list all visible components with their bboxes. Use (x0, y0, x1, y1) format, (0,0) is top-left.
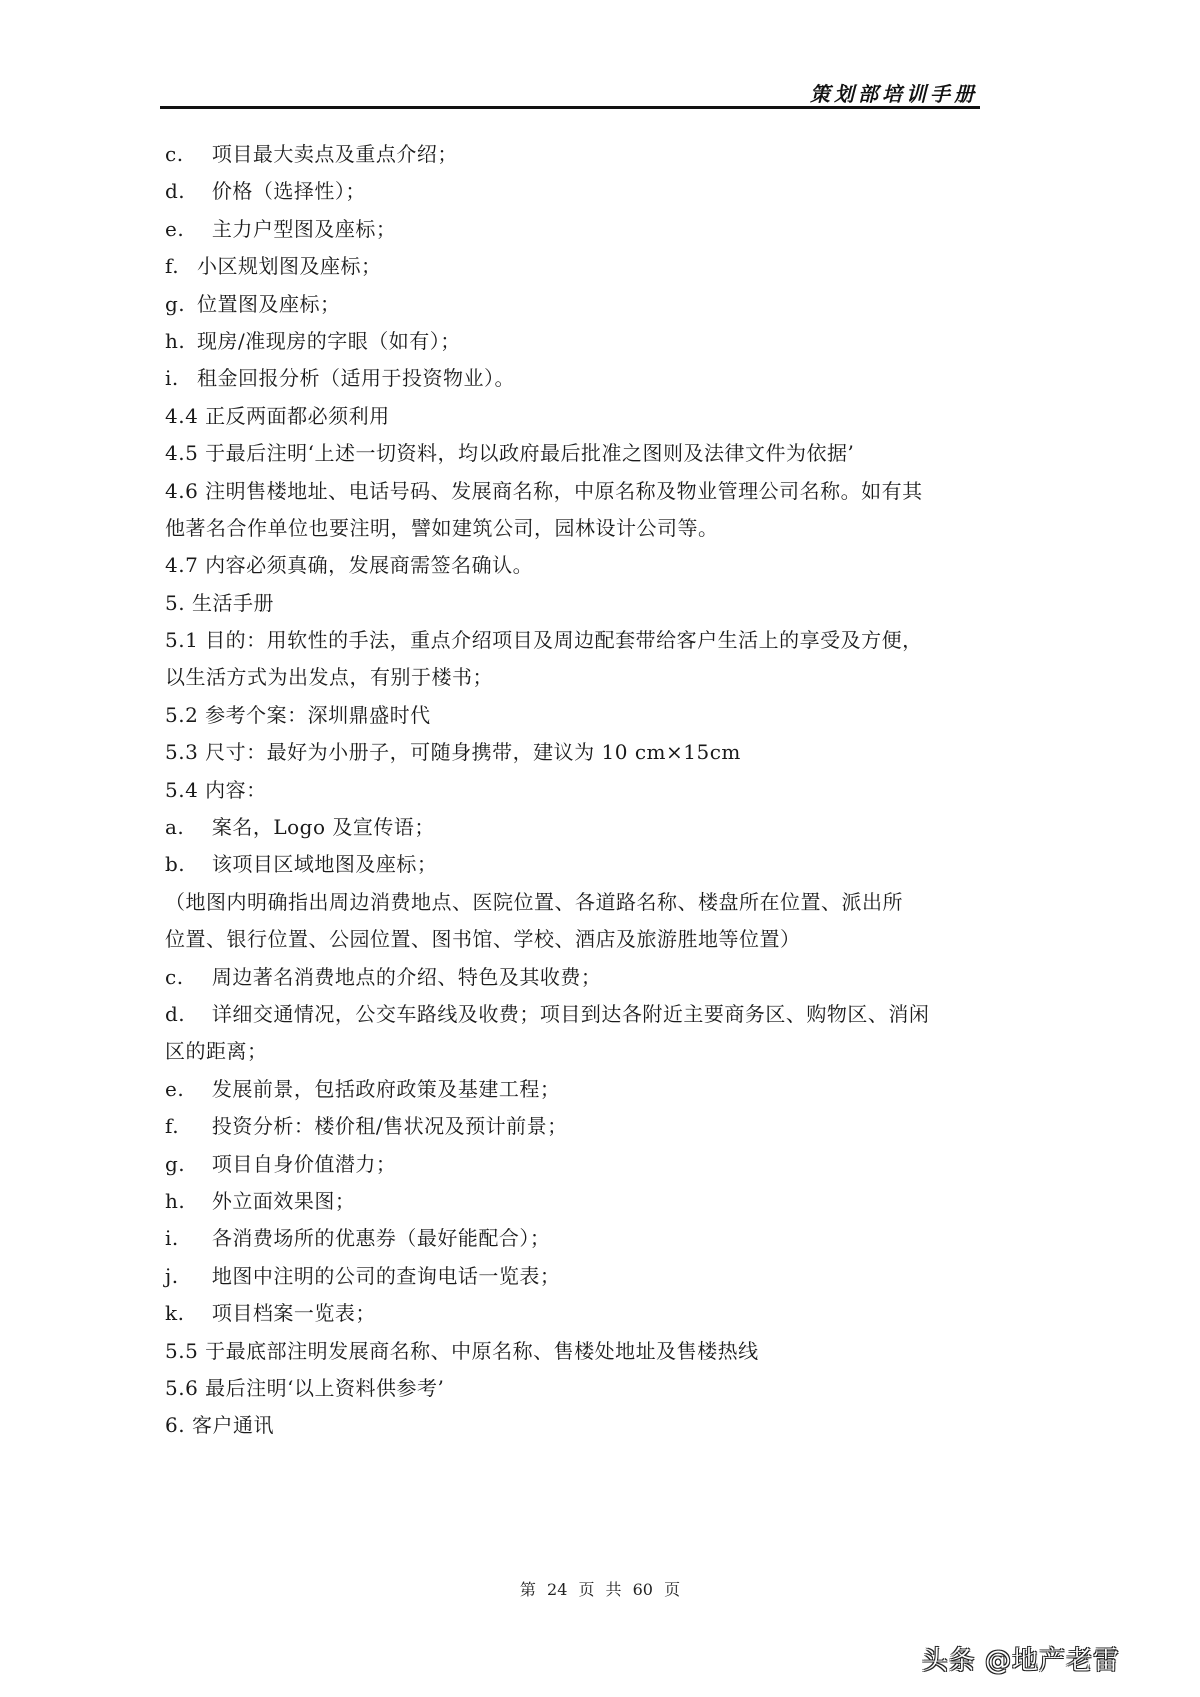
text-line: 5. 生活手册 (165, 585, 985, 622)
line-text: （地图内明确指出周边消费地点、医院位置、各道路名称、楼盘所在位置、派出所 (165, 890, 903, 914)
line-text: 4.4 正反两面都必须利用 (165, 404, 390, 428)
text-line: e. 发展前景，包括政府政策及基建工程； (165, 1071, 985, 1108)
line-text: 周边著名消费地点的介绍、特色及其收费； (205, 965, 601, 989)
line-text: 5.2 参考个案：深圳鼎盛时代 (165, 703, 431, 727)
text-line: （地图内明确指出周边消费地点、医院位置、各道路名称、楼盘所在位置、派出所 (165, 884, 985, 921)
list-marker: e. (165, 1071, 205, 1108)
document-body: c. 项目最大卖点及重点介绍；d. 价格（选择性）；e. 主力户型图及座标；f.… (165, 136, 985, 1445)
text-line: 区的距离； (165, 1033, 985, 1070)
text-line: b. 该项目区域地图及座标； (165, 846, 985, 883)
list-marker: g. (165, 286, 197, 323)
list-marker: i. (165, 360, 197, 397)
text-line: i.租金回报分析（适用于投资物业）。 (165, 360, 985, 397)
list-marker: h. (165, 323, 197, 360)
line-text: 该项目区域地图及座标； (205, 852, 437, 876)
line-text: 5.1 目的：用软性的手法，重点介绍项目及周边配套带给客户生活上的享受及方便， (165, 628, 923, 652)
line-text: 4.7 内容必须真确，发展商需签名确认。 (165, 553, 533, 577)
line-text: 项目最大卖点及重点介绍； (205, 142, 458, 166)
line-text: 主力户型图及座标； (205, 217, 396, 241)
line-text: 价格（选择性）； (205, 179, 366, 203)
text-line: 6. 客户通讯 (165, 1407, 985, 1444)
text-line: f.小区规划图及座标； (165, 248, 985, 285)
list-marker: b. (165, 846, 205, 883)
text-line: h. 外立面效果图； (165, 1183, 985, 1220)
watermark: 头条 @地产老雷 (922, 1640, 1120, 1677)
text-line: 4.6 注明售楼地址、电话号码、发展商名称，中原名称及物业管理公司名称。如有其 (165, 473, 985, 510)
line-text: 他著名合作单位也要注明，譬如建筑公司，园林设计公司等。 (165, 516, 719, 540)
line-text: 5.5 于最底部注明发展商名称、中原名称、售楼处地址及售楼热线 (165, 1339, 759, 1363)
line-text: 外立面效果图； (205, 1189, 355, 1213)
text-line: 5.1 目的：用软性的手法，重点介绍项目及周边配套带给客户生活上的享受及方便， (165, 622, 985, 659)
line-text: 5.3 尺寸：最好为小册子，可随身携带，建议为 10 cm×15cm (165, 740, 741, 764)
list-marker: i. (165, 1220, 205, 1257)
line-text: 6. 客户通讯 (165, 1413, 274, 1437)
text-line: c. 项目最大卖点及重点介绍； (165, 136, 985, 173)
text-line: c. 周边著名消费地点的介绍、特色及其收费； (165, 959, 985, 996)
text-line: 4.4 正反两面都必须利用 (165, 398, 985, 435)
list-marker: d. (165, 996, 205, 1033)
line-text: 现房/准现房的字眼（如有）； (197, 329, 461, 353)
line-text: 位置图及座标； (197, 292, 341, 316)
text-line: g.位置图及座标； (165, 286, 985, 323)
line-text: 项目档案一览表； (205, 1301, 376, 1325)
list-marker: f. (165, 1108, 205, 1145)
line-text: 租金回报分析（适用于投资物业）。 (197, 366, 515, 390)
line-text: 位置、银行位置、公园位置、图书馆、学校、酒店及旅游胜地等位置） (165, 927, 801, 951)
document-page: 策划部培训手册 c. 项目最大卖点及重点介绍；d. 价格（选择性）；e. 主力户… (0, 0, 1200, 1697)
line-text: 以生活方式为出发点，有别于楼书； (165, 665, 493, 689)
list-marker: g. (165, 1146, 205, 1183)
line-text: 5. 生活手册 (165, 591, 274, 615)
line-text: 投资分析：楼价租/售状况及预计前景； (205, 1114, 568, 1138)
text-line: 5.6 最后注明‘以上资料供参考’ (165, 1370, 985, 1407)
text-line: 位置、银行位置、公园位置、图书馆、学校、酒店及旅游胜地等位置） (165, 921, 985, 958)
text-line: e. 主力户型图及座标； (165, 211, 985, 248)
list-marker: f. (165, 248, 197, 285)
line-text: 5.4 内容： (165, 778, 267, 802)
list-marker: c. (165, 136, 205, 173)
text-line: j. 地图中注明的公司的查询电话一览表； (165, 1258, 985, 1295)
line-text: 小区规划图及座标； (197, 254, 382, 278)
list-marker: d. (165, 173, 205, 210)
line-text: 4.5 于最后注明‘上述一切资料，均以政府最后批准之图则及法律文件为依据’ (165, 441, 854, 465)
text-line: a. 案名，Logo 及宣传语； (165, 809, 985, 846)
line-text: 4.6 注明售楼地址、电话号码、发展商名称，中原名称及物业管理公司名称。如有其 (165, 479, 923, 503)
page-number: 第 24 页 共 60 页 (0, 1577, 1200, 1600)
line-text: 地图中注明的公司的查询电话一览表； (205, 1264, 560, 1288)
list-marker: j. (165, 1258, 205, 1295)
text-line: 5.4 内容： (165, 772, 985, 809)
header-title: 策划部培训手册 (810, 78, 978, 107)
text-line: 5.5 于最底部注明发展商名称、中原名称、售楼处地址及售楼热线 (165, 1333, 985, 1370)
text-line: 以生活方式为出发点，有别于楼书； (165, 659, 985, 696)
list-marker: h. (165, 1183, 205, 1220)
text-line: 4.7 内容必须真确，发展商需签名确认。 (165, 547, 985, 584)
list-marker: c. (165, 959, 205, 996)
text-line: 5.2 参考个案：深圳鼎盛时代 (165, 697, 985, 734)
text-line: 他著名合作单位也要注明，譬如建筑公司，园林设计公司等。 (165, 510, 985, 547)
line-text: 项目自身价值潜力； (205, 1152, 396, 1176)
line-text: 5.6 最后注明‘以上资料供参考’ (165, 1376, 444, 1400)
text-line: 4.5 于最后注明‘上述一切资料，均以政府最后批准之图则及法律文件为依据’ (165, 435, 985, 472)
text-line: g. 项目自身价值潜力； (165, 1146, 985, 1183)
line-text: 发展前景，包括政府政策及基建工程； (205, 1077, 560, 1101)
line-text: 详细交通情况，公交车路线及收费；项目到达各附近主要商务区、购物区、消闲 (205, 1002, 929, 1026)
text-line: 5.3 尺寸：最好为小册子，可随身携带，建议为 10 cm×15cm (165, 734, 985, 771)
list-marker: a. (165, 809, 205, 846)
text-line: f. 投资分析：楼价租/售状况及预计前景； (165, 1108, 985, 1145)
line-text: 各消费场所的优惠券（最好能配合）； (205, 1226, 550, 1250)
text-line: d. 价格（选择性）； (165, 173, 985, 210)
list-marker: e. (165, 211, 205, 248)
header-divider (160, 106, 980, 109)
text-line: h.现房/准现房的字眼（如有）； (165, 323, 985, 360)
list-marker: k. (165, 1295, 205, 1332)
text-line: k. 项目档案一览表； (165, 1295, 985, 1332)
text-line: i. 各消费场所的优惠券（最好能配合）； (165, 1220, 985, 1257)
line-text: 区的距离； (165, 1039, 268, 1063)
line-text: 案名，Logo 及宣传语； (205, 815, 435, 839)
text-line: d. 详细交通情况，公交车路线及收费；项目到达各附近主要商务区、购物区、消闲 (165, 996, 985, 1033)
